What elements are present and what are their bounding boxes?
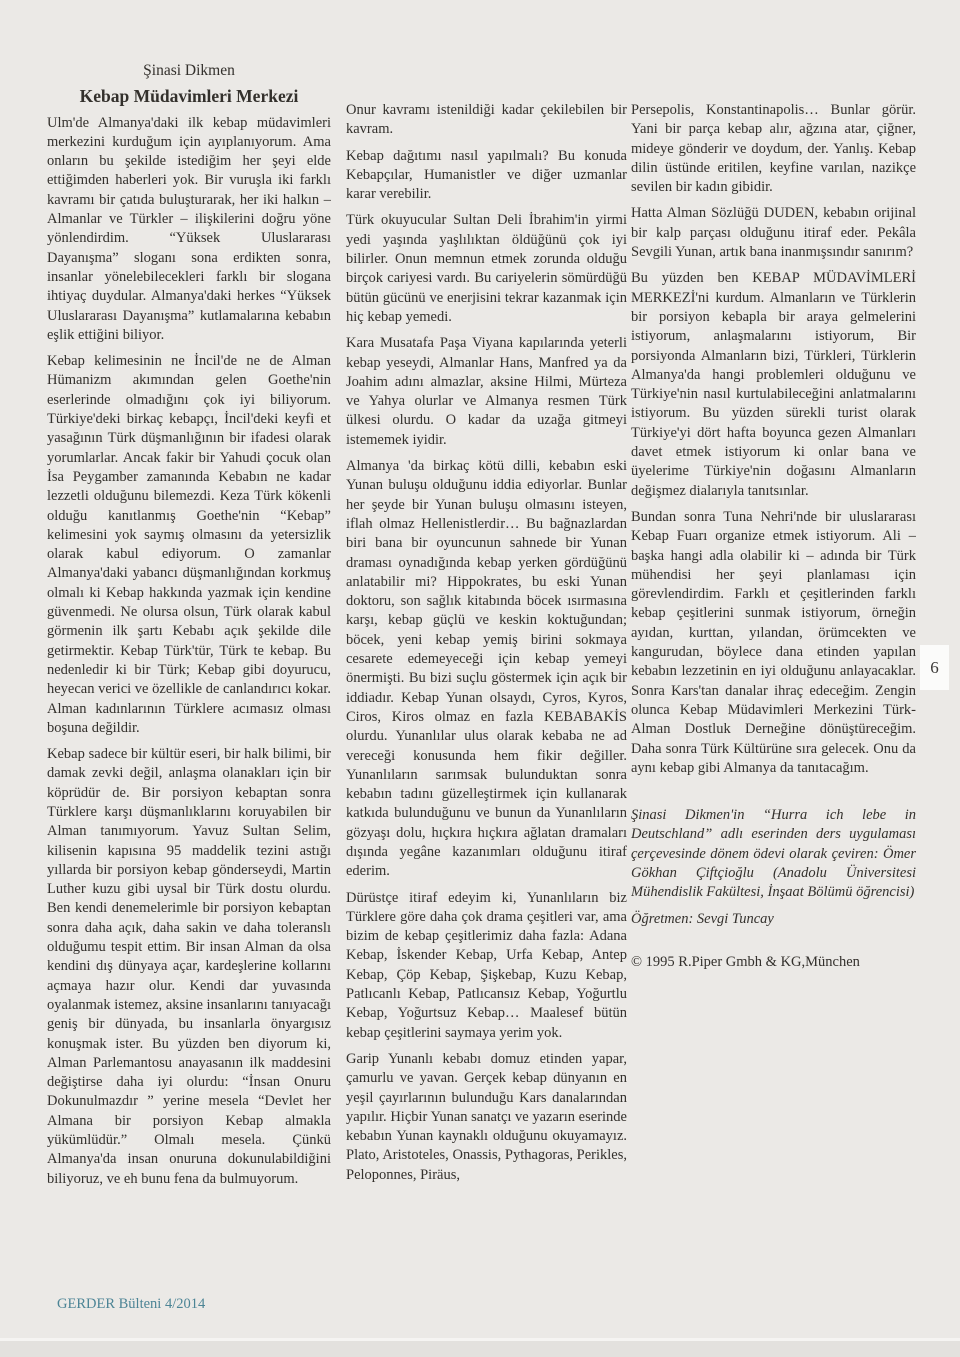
paragraph: Ulm'de Almanya'daki ilk kebap müdavimler… [47,114,331,346]
paragraph: Kebap kelimesinin ne İncil'de ne de Alma… [47,352,331,738]
article-title: Kebap Müdavimleri Merkezi [47,87,331,106]
paragraph: Persepolis, Konstantinapolis… Bunlar gör… [631,101,916,197]
paragraph: Kara Musatafa Paşa Viyana kapılarında ye… [346,334,627,450]
document-page: Şinasi Dikmen Kebap Müdavimleri Merkezi … [0,0,960,1357]
paragraph: Türk okuyucular Sultan Deli İbrahim'in y… [346,211,627,327]
translator-note: Şinasi Dikmen'in “Hurra ich lebe in Deut… [631,806,916,902]
page-number: 6 [930,658,939,678]
paragraph: Onur kavramı istenildiği kadar çekilebil… [346,101,627,140]
paragraph: Kebap sadece bir kültür eseri, bir halk … [47,745,331,1189]
article-author: Şinasi Dikmen [47,61,331,80]
column-right: Persepolis, Konstantinapolis… Bunlar gör… [631,101,916,1276]
page-number-badge: 6 [920,645,949,690]
page-bottom-edge [0,1341,960,1357]
copyright-line: © 1995 R.Piper Gmbh & KG,München [631,953,916,972]
paragraph: Garip Yunanlı kebabı domuz etinden yapar… [346,1050,627,1185]
paragraph: Bundan sonra Tuna Nehri'nde bir uluslara… [631,508,916,778]
paragraph: Hatta Alman Sözlüğü DUDEN, kebabın oriji… [631,204,916,262]
paragraph: Almanya 'da birkaç kötü dilli, kebabın e… [346,457,627,882]
column-middle: Onur kavramı istenildiği kadar çekilebil… [346,101,627,1276]
paragraph: Dürüstçe itiraf edeyim ki, Yunanlıların … [346,889,627,1043]
teacher-note: Öğretmen: Sevgi Tuncay [631,910,916,929]
paragraph: Bu yüzden ben KEBAP MÜDAVİMLERİ MERKEZİ'… [631,269,916,501]
paragraph: Kebap dağıtımı nasıl yapılmalı? Bu konud… [346,147,627,205]
column-left: Şinasi Dikmen Kebap Müdavimleri Merkezi … [47,61,331,1276]
newsletter-footer: GERDER Bülteni 4/2014 [57,1296,205,1313]
